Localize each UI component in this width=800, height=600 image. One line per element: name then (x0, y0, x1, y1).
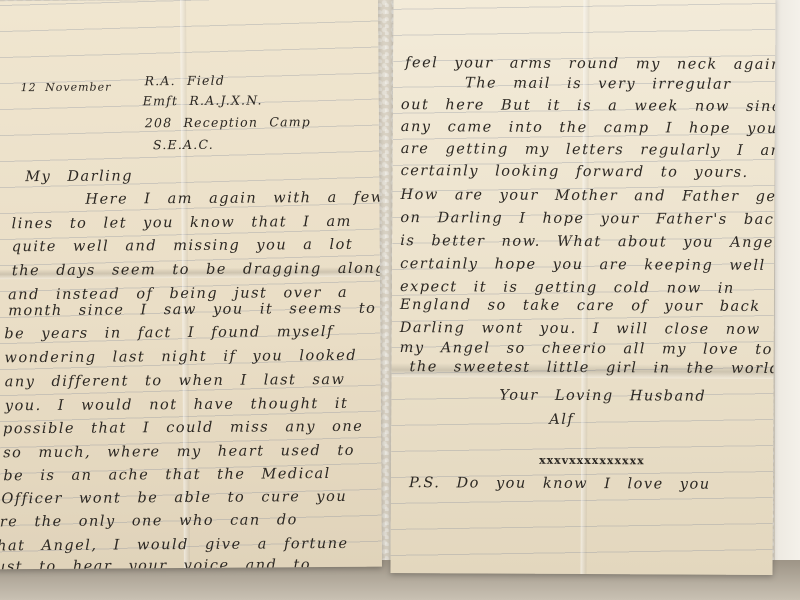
letter-line: expect it is getting cold now in (400, 279, 735, 297)
letter-line: possible that I could miss any one (3, 419, 363, 438)
letter-line: any different to when I last saw (5, 372, 346, 390)
letter-line: so much, where my heart used to (3, 443, 355, 461)
letter-page-left: 12 November R.A. Field Emft R.A.J.X.N. 2… (0, 0, 382, 569)
letter-line: is better now. What about you Angel I (400, 233, 775, 251)
letter-line: that Angel, I would give a fortune (0, 536, 349, 555)
letter-line: you. I would not have thought it (5, 396, 349, 414)
letter-line: the days seem to be dragging along (12, 261, 382, 280)
letter-line: my Angel so cheerio all my love to (400, 340, 773, 358)
letter-line: be years in fact I found myself (4, 324, 334, 342)
letter-line: on Darling I hope your Father's back (400, 210, 775, 228)
carpet-background (775, 0, 800, 600)
letter-line: England so take care of your back (400, 297, 761, 315)
sender-unit: Emft R.A.J.X.N. (143, 92, 263, 108)
letter-line: certainly looking forward to yours. (401, 163, 749, 181)
letter-line: quite well and missing you a lot (12, 237, 354, 255)
letter-page-right: feel your arms round my neck again The m… (390, 0, 775, 575)
postscript: P.S. Do you know I love you (409, 475, 711, 493)
sender-command: S.E.A.C. (153, 137, 214, 152)
letter-line: certainly hope you are keeping well I (400, 256, 775, 274)
letter-line: wondering last night if you looked (4, 348, 357, 366)
letter-line: be is an ache that the Medical (3, 466, 331, 484)
sender-name: R.A. Field (145, 73, 226, 89)
letter-date: 12 November (21, 81, 112, 95)
letter-line: are the only one who can do (0, 512, 298, 530)
closing: Your Loving Husband (499, 388, 706, 405)
letter-line: The mail is very irregular (465, 75, 732, 92)
letter-line: any came into the camp I hope you (401, 119, 776, 137)
letter-line: feel your arms round my neck again (405, 55, 775, 73)
letter-line: are getting my letters regularly I am (401, 141, 776, 159)
sender-camp: 208 Reception Camp (145, 114, 311, 130)
letter-line: Darling wont you. I will close now (400, 320, 761, 338)
letter-line: month since I saw you it seems to (8, 301, 376, 320)
salutation: My Darling (25, 168, 133, 185)
letter-line: How are your Mother and Father getting (400, 187, 775, 205)
letter-line: lines to let you know that I am (12, 214, 352, 232)
letter-line: Here I am again with a few (85, 190, 382, 208)
signature: Alf (549, 412, 574, 428)
kisses-row: xxxvxxxxxxxxxx (539, 454, 645, 468)
letter-line: out here But it is a week now since (401, 97, 776, 115)
letter-line: Officer wont be able to cure you (1, 489, 347, 507)
letter-line: the sweetest little girl in the world (410, 359, 776, 377)
